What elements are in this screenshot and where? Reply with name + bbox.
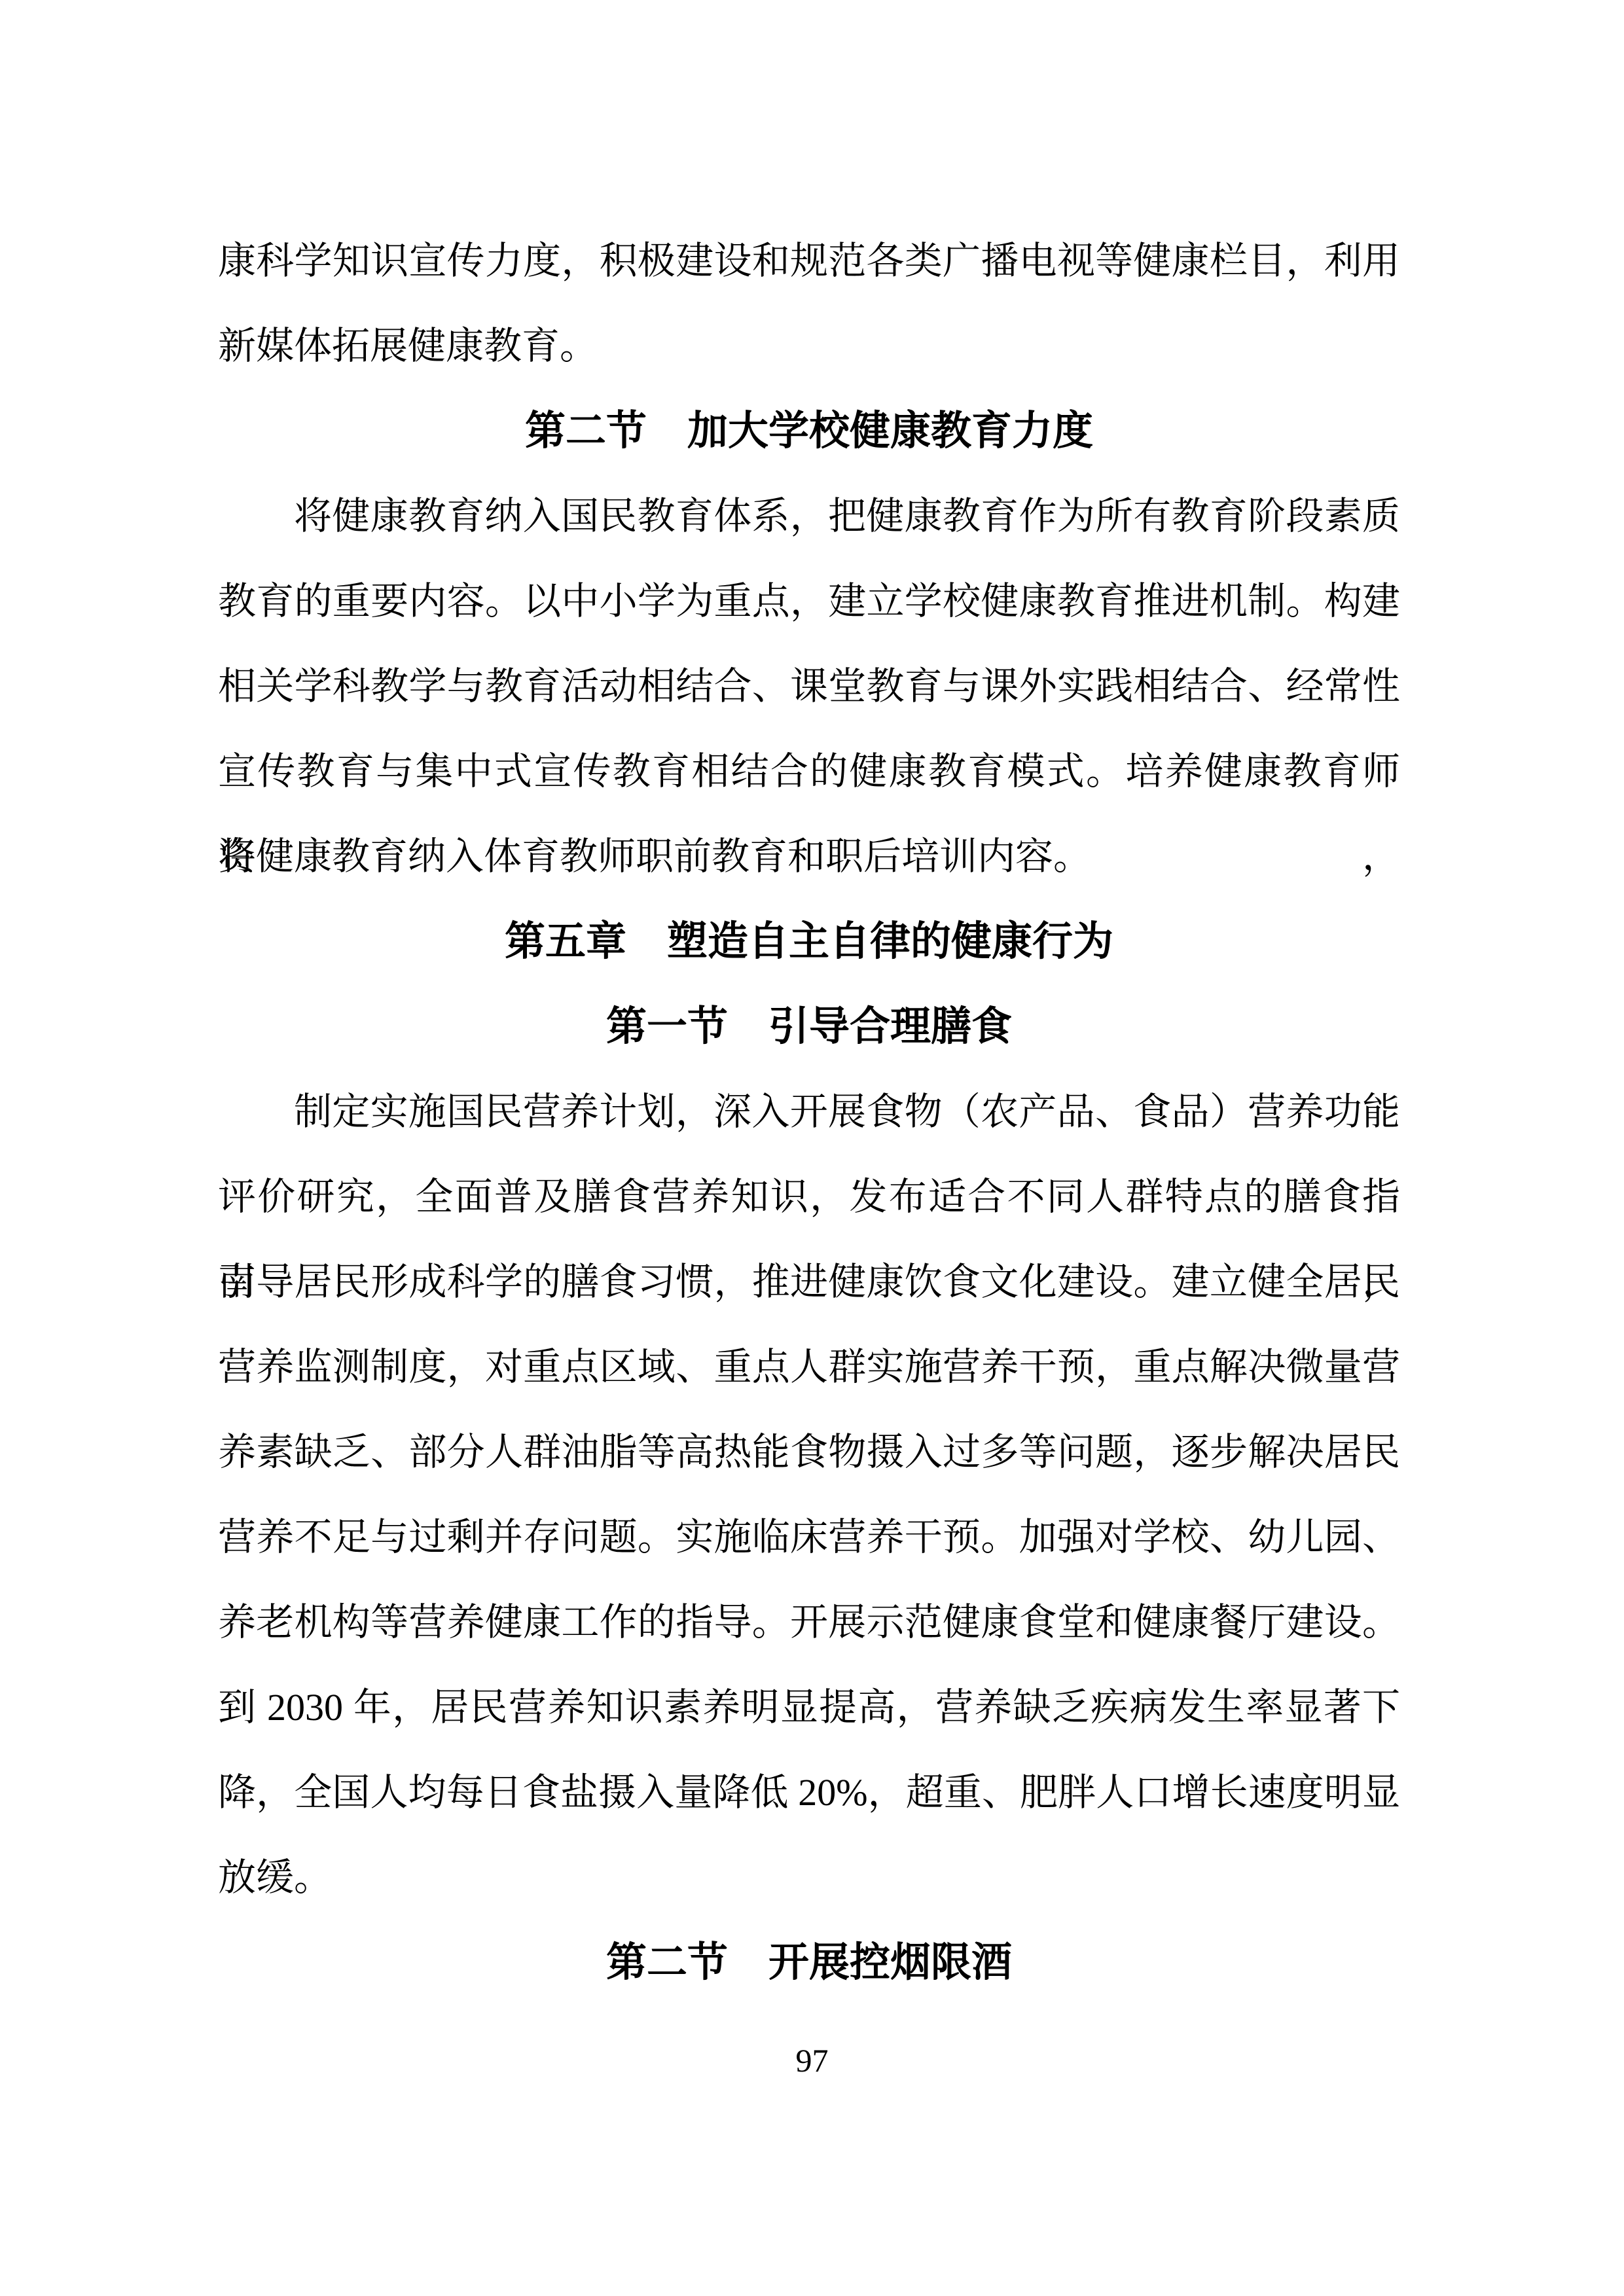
paragraph-line: 营养监测制度，对重点区域、重点人群实施营养干预，重点解决微量营 <box>218 1325 1400 1410</box>
paragraph-line: 引导居民形成科学的膳食习惯，推进健康饮食文化建设。建立健全居民 <box>218 1240 1400 1325</box>
chapter-heading: 第五章 塑造自主自律的健康行为 <box>218 899 1400 984</box>
paragraph-line: 营养不足与过剩并存问题。实施临床营养干预。加强对学校、幼儿园、 <box>218 1495 1400 1580</box>
paragraph-line: 相关学科教学与教育活动相结合、课堂教育与课外实践相结合、经常性 <box>218 644 1400 729</box>
paragraph-line: 康科学知识宣传力度，积极建设和规范各类广播电视等健康栏目，利用 <box>218 219 1400 304</box>
document-page: 康科学知识宣传力度，积极建设和规范各类广播电视等健康栏目，利用 新媒体拓展健康教… <box>0 0 1624 2296</box>
paragraph-line: 教育的重要内容。以中小学为重点，建立学校健康教育推进机制。构建 <box>218 559 1400 644</box>
paragraph-line: 将健康教育纳入国民教育体系，把健康教育作为所有教育阶段素质 <box>218 474 1400 559</box>
paragraph-line: 养老机构等营养健康工作的指导。开展示范健康食堂和健康餐厅建设。 <box>218 1580 1400 1665</box>
document-body: 康科学知识宣传力度，积极建设和规范各类广播电视等健康栏目，利用 新媒体拓展健康教… <box>218 219 1400 2005</box>
paragraph-line: 放缓。 <box>218 1835 1400 1920</box>
paragraph-line: 新媒体拓展健康教育。 <box>218 304 1400 389</box>
page-number: 97 <box>0 2041 1624 2080</box>
section-heading: 第二节 开展控烟限酒 <box>218 1920 1400 2005</box>
paragraph-line: 养素缺乏、部分人群油脂等高热能食物摄入过多等问题，逐步解决居民 <box>218 1410 1400 1495</box>
paragraph-line: 制定实施国民营养计划，深入开展食物（农产品、食品）营养功能 <box>218 1069 1400 1155</box>
paragraph-line: 到 2030 年，居民营养知识素养明显提高，营养缺乏疾病发生率显著下 <box>218 1665 1400 1750</box>
section-heading: 第一节 引导合理膳食 <box>218 984 1400 1069</box>
paragraph-line: 评价研究，全面普及膳食营养知识，发布适合不同人群特点的膳食指南， <box>218 1155 1400 1240</box>
section-heading: 第二节 加大学校健康教育力度 <box>218 389 1400 474</box>
paragraph-line: 降，全国人均每日食盐摄入量降低 20%，超重、肥胖人口增长速度明显 <box>218 1750 1400 1835</box>
paragraph-line: 宣传教育与集中式宣传教育相结合的健康教育模式。培养健康教育师资， <box>218 729 1400 814</box>
